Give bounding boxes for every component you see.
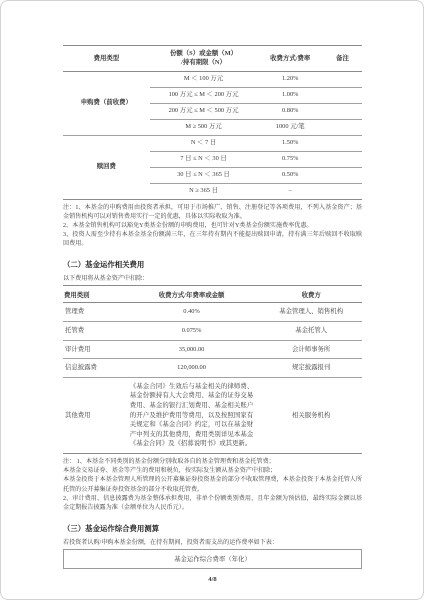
fee-type-cell: 申购费（前收费）	[63, 71, 150, 135]
note-line: 2、审计费用、信息披露费为基金整体承担费用，非单个份额类别费用，且年金额为预估值…	[63, 495, 362, 513]
condition-cell: 100 万元 ≤ M ＜ 200 万元	[150, 87, 258, 103]
op-value-cell: 0.075%	[123, 322, 261, 341]
op-payee-cell: 基金托管人	[260, 322, 362, 341]
rate-cell: 1.20%	[257, 71, 323, 87]
rate-cell: 1.50%	[257, 135, 323, 151]
remark-cell	[323, 71, 362, 87]
column-header: 费用类型	[63, 46, 150, 72]
section3-subtitle: 若投资者认购/申购本基金份额，在持有期间，投资者需支出的运作费率如下表：	[63, 537, 362, 546]
remark-cell	[323, 135, 362, 151]
column-header: 收费方式/年费率或金额	[123, 286, 261, 303]
rate-cell: –	[257, 183, 323, 199]
operation-table-row: 管理费0.40%基金管理人、销售机构	[63, 303, 362, 322]
condition-cell: N ＜ 7 日	[150, 135, 258, 151]
operation-table-body: 管理费0.40%基金管理人、销售机构托管费0.075%基金托管人审计费用35,0…	[63, 303, 362, 454]
remark-cell	[323, 151, 362, 167]
remark-cell	[323, 183, 362, 199]
note-line: 本基金投资于本基金管理人所管理的公开募集证券投资基金的部分不收取管理费，本基金投…	[63, 476, 362, 494]
remark-cell	[323, 119, 362, 135]
op-category-cell: 托管费	[63, 322, 123, 341]
op-value-cell: 35,000.00	[123, 340, 261, 359]
condition-cell: M ＜ 100 万元	[150, 71, 258, 87]
fee-table-body: 申购费（前收费）M ＜ 100 万元1.20%100 万元 ≤ M ＜ 200 …	[63, 71, 362, 199]
note-line: 注：1、本基金的申购费用由投资者承担，可用于市场推广、销售、注册登记等各项费用，…	[63, 204, 362, 222]
operation-table-row: 审计费用35,000.00会计师事务所	[63, 340, 362, 359]
note-line: 本基金交易证券、基金等产生的费用和税负，按实际发生额从基金资产中扣除；	[63, 467, 362, 476]
operation-table-header-row: 费用类别收费方式/年费率或金额收费方	[63, 286, 362, 303]
op-payee-cell: 基金管理人、销售机构	[260, 303, 362, 322]
section2-title: （二）基金运作相关费用	[63, 259, 362, 270]
condition-cell: 200 万元 ≤ M ＜ 500 万元	[150, 103, 258, 119]
op-category-cell: 信息披露费	[63, 359, 123, 378]
rate-cell: 1.00%	[257, 87, 323, 103]
fee-table-row: 赎回费N ＜ 7 日1.50%	[63, 135, 362, 151]
remark-cell	[323, 87, 362, 103]
op-value-cell: 0.40%	[123, 303, 261, 322]
condition-cell: 30 日 ≤ N ＜ 365 日	[150, 167, 258, 183]
rate-cell: 0.80%	[257, 103, 323, 119]
rate-cell: 0.75%	[257, 151, 323, 167]
column-header: 费用类别	[63, 286, 123, 303]
rate-cell: 0.50%	[257, 167, 323, 183]
operation-table-row: 其他费用《基金合同》生效后与基金相关的律师费、基金份额持有人大会费用、基金的证券…	[63, 377, 362, 453]
operation-fee-table: 费用类别收费方式/年费率或金额收费方 管理费0.40%基金管理人、销售机构托管费…	[63, 285, 362, 454]
operation-table-row: 信息披露费120,000.00规定披露报刊	[63, 359, 362, 378]
rate-cell: 1000 元/笔	[257, 119, 323, 135]
column-header: 收费方式/费率	[257, 46, 323, 72]
op-payee-cell: 规定披露报刊	[260, 359, 362, 378]
condition-cell: N ≥ 365 日	[150, 183, 258, 199]
page-content: 费用类型份额（S）或金额（M） /持有期限（N）收费方式/费率备注 申购费（前收…	[1, 1, 423, 583]
fee-table-row: 申购费（前收费）M ＜ 100 万元1.20%	[63, 71, 362, 87]
fee-table: 费用类型份额（S）或金额（M） /持有期限（N）收费方式/费率备注 申购费（前收…	[63, 45, 362, 200]
composite-rate-box: 基金运作综合费率（年化）	[63, 549, 362, 569]
note-line: 2、本基金销售机构可以豁免Y类基金份额的申购费用，也可针对Y类基金份额实施费率优…	[63, 222, 362, 231]
note-line: 注： 1、本基金不同类别的基金份额分别收取各自的基金管理费和基金托管费；	[63, 458, 362, 467]
note-line: 3、投资人需至少持有本基金基金份额满三年，在三年持有期内不能提出赎回申请，持有满…	[63, 231, 362, 249]
op-payee-cell: 相关服务机构	[260, 377, 362, 453]
column-header: 份额（S）或金额（M） /持有期限（N）	[150, 46, 258, 72]
op-category-cell: 审计费用	[63, 340, 123, 359]
fee-table-header-row: 费用类型份额（S）或金额（M） /持有期限（N）收费方式/费率备注	[63, 46, 362, 72]
op-category-cell: 其他费用	[63, 377, 123, 453]
condition-cell: M ≥ 500 万元	[150, 119, 258, 135]
remark-cell	[323, 103, 362, 119]
fee-table-notes: 注：1、本基金的申购费用由投资者承担，可用于市场推广、销售、注册登记等各项费用，…	[63, 204, 362, 250]
column-header: 收费方	[260, 286, 362, 303]
operation-table-row: 托管费0.075%基金托管人	[63, 322, 362, 341]
operation-table-notes: 注： 1、本基金不同类别的基金份额分别收取各自的基金管理费和基金托管费；本基金交…	[63, 458, 362, 513]
remark-cell	[323, 167, 362, 183]
page-number: 4/8	[63, 576, 362, 583]
op-category-cell: 管理费	[63, 303, 123, 322]
document-page: 费用类型份额（S）或金额（M） /持有期限（N）收费方式/费率备注 申购费（前收…	[0, 0, 424, 600]
condition-cell: 7 日 ≤ N ＜ 30 日	[150, 151, 258, 167]
column-header: 备注	[323, 46, 362, 72]
section3-title: （三）基金运作综合费用测算	[63, 523, 362, 534]
section2-subtitle: 以下费用将从基金资产中扣除：	[63, 273, 362, 282]
op-value-cell: 120,000.00	[123, 359, 261, 378]
op-value-cell: 《基金合同》生效后与基金相关的律师费、基金份额持有人大会费用、基金的证券交易费用…	[123, 377, 261, 453]
fee-type-cell: 赎回费	[63, 135, 150, 199]
op-payee-cell: 会计师事务所	[260, 340, 362, 359]
